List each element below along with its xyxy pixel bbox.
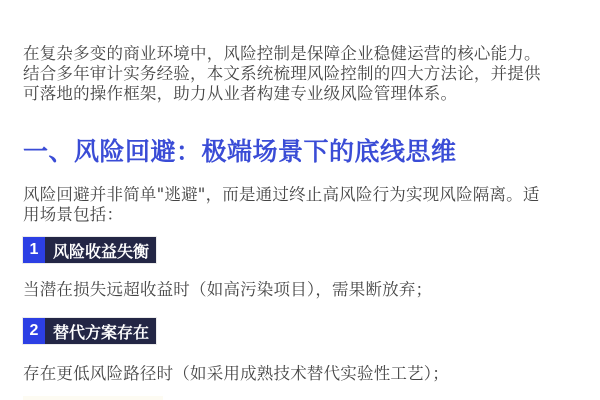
section-intro-paragraph: 风险回避并非简单"逃避"，而是通过终止高风险行为实现风险隔离。适 用场景包括： bbox=[23, 185, 583, 225]
item-description: 存在更低风险路径时（如采用成熟技术替代实验性工艺）； bbox=[23, 364, 449, 384]
section-heading: 一、风险回避：极端场景下的底线思维 bbox=[23, 136, 457, 168]
section-intro-line: 用场景包括： bbox=[23, 205, 583, 225]
intro-line: 可落地的操作框架，助力从业者构建专业级风险管理体系。 bbox=[23, 84, 583, 104]
item-title: 风险收益失衡 bbox=[45, 237, 156, 263]
intro-line: 结合多年审计实务经验，本文系统梳理风险控制的四大方法论，并提供 bbox=[23, 64, 583, 84]
item-number: 2 bbox=[23, 318, 45, 344]
item-badge: 1 风险收益失衡 bbox=[23, 237, 156, 263]
item-badge: 2 替代方案存在 bbox=[23, 318, 156, 344]
item-description: 当潜在损失远超收益时（如高污染项目），需果断放弃； bbox=[23, 280, 432, 300]
intro-line: 在复杂多变的商业环境中，风险控制是保障企业稳健运营的核心能力。 bbox=[23, 44, 583, 64]
item-title: 替代方案存在 bbox=[45, 318, 156, 344]
item-number: 1 bbox=[23, 237, 45, 263]
next-item-badge-partial bbox=[23, 396, 163, 400]
section-intro-line: 风险回避并非简单"逃避"，而是通过终止高风险行为实现风险隔离。适 bbox=[23, 185, 583, 205]
intro-paragraph: 在复杂多变的商业环境中，风险控制是保障企业稳健运营的核心能力。 结合多年审计实务… bbox=[23, 44, 583, 104]
